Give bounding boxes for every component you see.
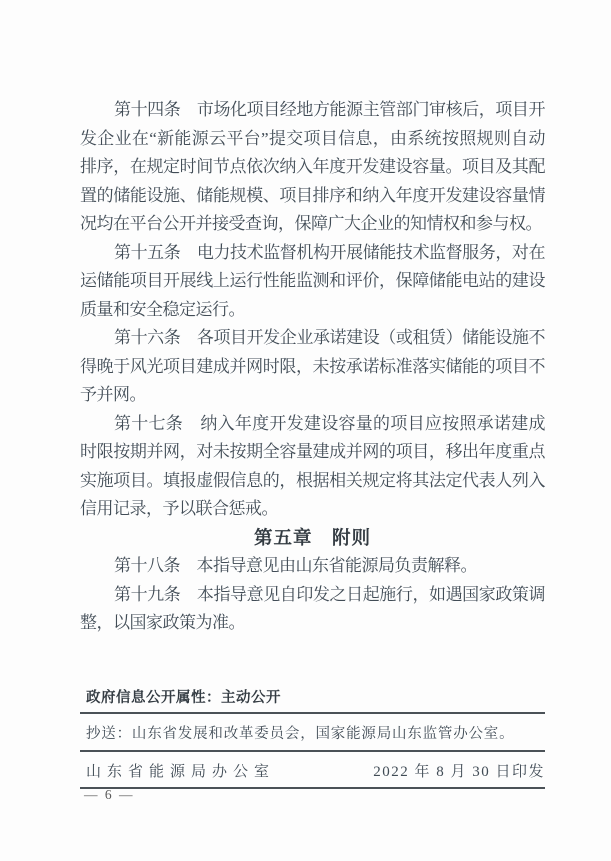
- article-17: 第十七条 纳入年度开发建设容量的项目应按照承诺建成时限按期并网，对未按期全容量建…: [80, 410, 545, 524]
- text-line: 况均在平台公开并接受查询，保障广大企业的知情权和参与权。: [80, 210, 545, 239]
- text-line: 实施项目。填报虚假信息的，根据相关规定将其法定代表人列入: [80, 467, 545, 496]
- chapter-5-heading: 第五章 附则: [80, 524, 545, 553]
- article-14: 第十四条 市场化项目经地方能源主管部门审核后，项目开发企业在“新能源云平台”提交…: [80, 96, 545, 239]
- page-number: — 6 —: [84, 787, 135, 803]
- text-line: 得晚于风光项目建成并网时限，未按承诺标准落实储能的项目不: [80, 353, 545, 382]
- text-line: 质量和安全稳定运行。: [80, 296, 545, 325]
- issuing-office: 山东省能源局办公室: [86, 760, 275, 781]
- text-line: 第十九条 本指导意见自印发之日起施行，如遇国家政策调: [80, 581, 545, 610]
- text-line: 整，以国家政策为准。: [80, 609, 545, 638]
- article-19: 第十九条 本指导意见自印发之日起施行，如遇国家政策调整，以国家政策为准。: [80, 581, 545, 638]
- disclosure-attribute-line: 政府信息公开属性：主动公开: [80, 684, 545, 714]
- text-line: 第十四条 市场化项目经地方能源主管部门审核后，项目开: [80, 96, 545, 125]
- text-line: 时限按期并网，对未按期全容量建成并网的项目，移出年度重点: [80, 438, 545, 467]
- text-line: 发企业在“新能源云平台”提交项目信息，由系统按照规则自动: [80, 125, 545, 154]
- text-line: 第十六条 各项目开发企业承诺建设（或租赁）储能设施不: [80, 324, 545, 353]
- text-line: 第十五条 电力技术监督机构开展储能技术监督服务，对在: [80, 239, 545, 268]
- text-line: 第十七条 纳入年度开发建设容量的项目应按照承诺建成: [80, 410, 545, 439]
- text-line: 第十八条 本指导意见由山东省能源局负责解释。: [80, 552, 545, 581]
- document-footer: 政府信息公开属性：主动公开 抄送：山东省发展和改革委员会，国家能源局山东监管办公…: [80, 684, 545, 789]
- issue-line: 山东省能源局办公室 2022 年 8 月 30 日印发: [80, 752, 545, 789]
- text-line: 运储能项目开展线上运行性能监测和评价，保障储能电站的建设: [80, 267, 545, 296]
- document-page: 第十四条 市场化项目经地方能源主管部门审核后，项目开发企业在“新能源云平台”提交…: [0, 0, 611, 861]
- document-body: 第十四条 市场化项目经地方能源主管部门审核后，项目开发企业在“新能源云平台”提交…: [80, 96, 545, 638]
- article-16: 第十六条 各项目开发企业承诺建设（或租赁）储能设施不得晚于风光项目建成并网时限，…: [80, 324, 545, 410]
- text-line: 排序，在规定时间节点依次纳入年度开发建设容量。项目及其配: [80, 153, 545, 182]
- text-line: 予并网。: [80, 381, 545, 410]
- text-line: 信用记录，予以联合惩戒。: [80, 495, 545, 524]
- article-18: 第十八条 本指导意见由山东省能源局负责解释。: [80, 552, 545, 581]
- print-date: 2022 年 8 月 30 日印发: [373, 760, 545, 781]
- article-15: 第十五条 电力技术监督机构开展储能技术监督服务，对在运储能项目开展线上运行性能监…: [80, 239, 545, 325]
- cc-line: 抄送：山东省发展和改革委员会，国家能源局山东监管办公室。: [80, 714, 545, 752]
- text-line: 置的储能设施、储能规模、项目排序和纳入年度开发建设容量情: [80, 182, 545, 211]
